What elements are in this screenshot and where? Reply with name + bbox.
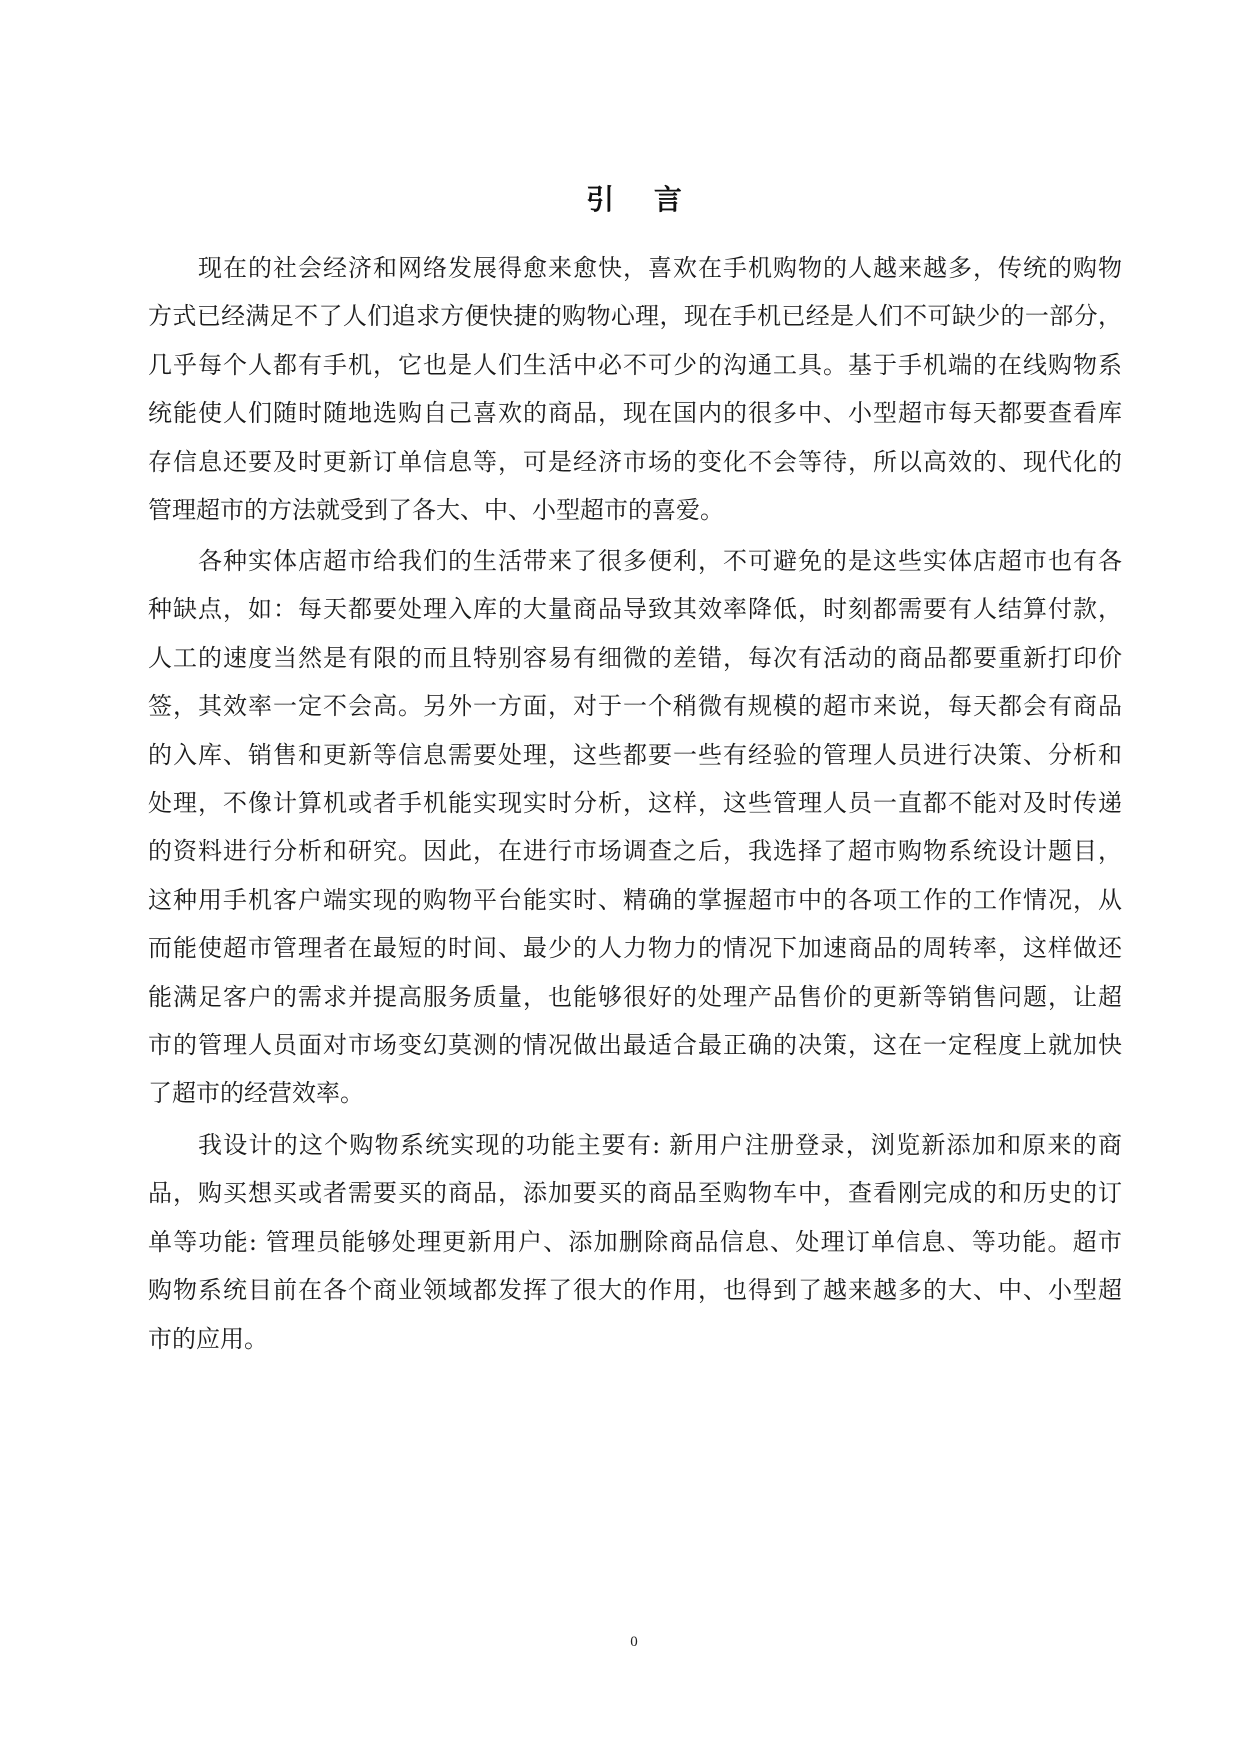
paragraph-line: 的资料进行分析和研究。因此，在进行市场调查之后，我选择了超市购物系统设计题目， <box>148 827 1122 875</box>
section-title: 引 言 <box>0 184 1241 216</box>
paragraph-line: 的入库、销售和更新等信息需要处理，这些都要一些有经验的管理人员进行决策、分析和 <box>148 731 1122 779</box>
paragraph-line: 了超市的经营效率。 <box>148 1069 1122 1117</box>
paragraph-line: 市的管理人员面对市场变幻莫测的情况做出最适合最正确的决策，这在一定程度上就加快 <box>148 1021 1122 1069</box>
paragraph-line: 我设计的这个购物系统实现的功能主要有: 新用户注册登录，浏览新添加和原来的商 <box>148 1121 1122 1169</box>
paragraph-line: 品，购买想买或者需要买的商品，添加要买的商品至购物车中，查看刚完成的和历史的订 <box>148 1169 1122 1217</box>
paragraph-line: 处理，不像计算机或者手机能实现实时分析，这样，这些管理人员一直都不能对及时传递 <box>148 779 1122 827</box>
paragraph-line: 种缺点，如：每天都要处理入库的大量商品导致其效率降低，时刻都需要有人结算付款， <box>148 585 1122 633</box>
paragraph-line: 各种实体店超市给我们的生活带来了很多便利，不可避免的是这些实体店超市也有各 <box>148 537 1122 585</box>
paragraph-line: 这种用手机客户端实现的购物平台能实时、精确的掌握超市中的各项工作的工作情况，从 <box>148 876 1122 924</box>
paragraph-3: 我设计的这个购物系统实现的功能主要有: 新用户注册登录，浏览新添加和原来的商 品… <box>148 1121 1122 1363</box>
paragraph-1: 现在的社会经济和网络发展得愈来愈快，喜欢在手机购物的人越来越多，传统的购物 方式… <box>148 244 1122 534</box>
page-number: 0 <box>0 1633 1241 1651</box>
paragraph-line: 单等功能: 管理员能够处理更新用户、添加删除商品信息、处理订单信息、等功能。超市 <box>148 1218 1122 1266</box>
paragraph-2: 各种实体店超市给我们的生活带来了很多便利，不可避免的是这些实体店超市也有各 种缺… <box>148 537 1122 1118</box>
paragraph-line: 人工的速度当然是有限的而且特别容易有细微的差错，每次有活动的商品都要重新打印价 <box>148 634 1122 682</box>
document-page: 引 言 现在的社会经济和网络发展得愈来愈快，喜欢在手机购物的人越来越多，传统的购… <box>0 0 1241 1754</box>
paragraph-line: 几乎每个人都有手机，它也是人们生活中必不可少的沟通工具。基于手机端的在线购物系 <box>148 341 1122 389</box>
paragraph-line: 而能使超市管理者在最短的时间、最少的人力物力的情况下加速商品的周转率，这样做还 <box>148 924 1122 972</box>
paragraph-line: 统能使人们随时随地选购自己喜欢的商品，现在国内的很多中、小型超市每天都要查看库 <box>148 389 1122 437</box>
paragraph-line: 能满足客户的需求并提高服务质量，也能够很好的处理产品售价的更新等销售问题，让超 <box>148 973 1122 1021</box>
paragraph-line: 方式已经满足不了人们追求方便快捷的购物心理，现在手机已经是人们不可缺少的一部分， <box>148 292 1122 340</box>
paragraph-line: 管理超市的方法就受到了各大、中、小型超市的喜爱。 <box>148 486 1122 534</box>
paragraph-line: 签，其效率一定不会高。另外一方面，对于一个稍微有规模的超市来说，每天都会有商品 <box>148 682 1122 730</box>
paragraph-line: 现在的社会经济和网络发展得愈来愈快，喜欢在手机购物的人越来越多，传统的购物 <box>148 244 1122 292</box>
paragraph-line: 市的应用。 <box>148 1315 1122 1363</box>
paragraph-line: 购物系统目前在各个商业领域都发挥了很大的作用，也得到了越来越多的大、中、小型超 <box>148 1266 1122 1314</box>
paragraph-line: 存信息还要及时更新订单信息等，可是经济市场的变化不会等待，所以高效的、现代化的 <box>148 438 1122 486</box>
